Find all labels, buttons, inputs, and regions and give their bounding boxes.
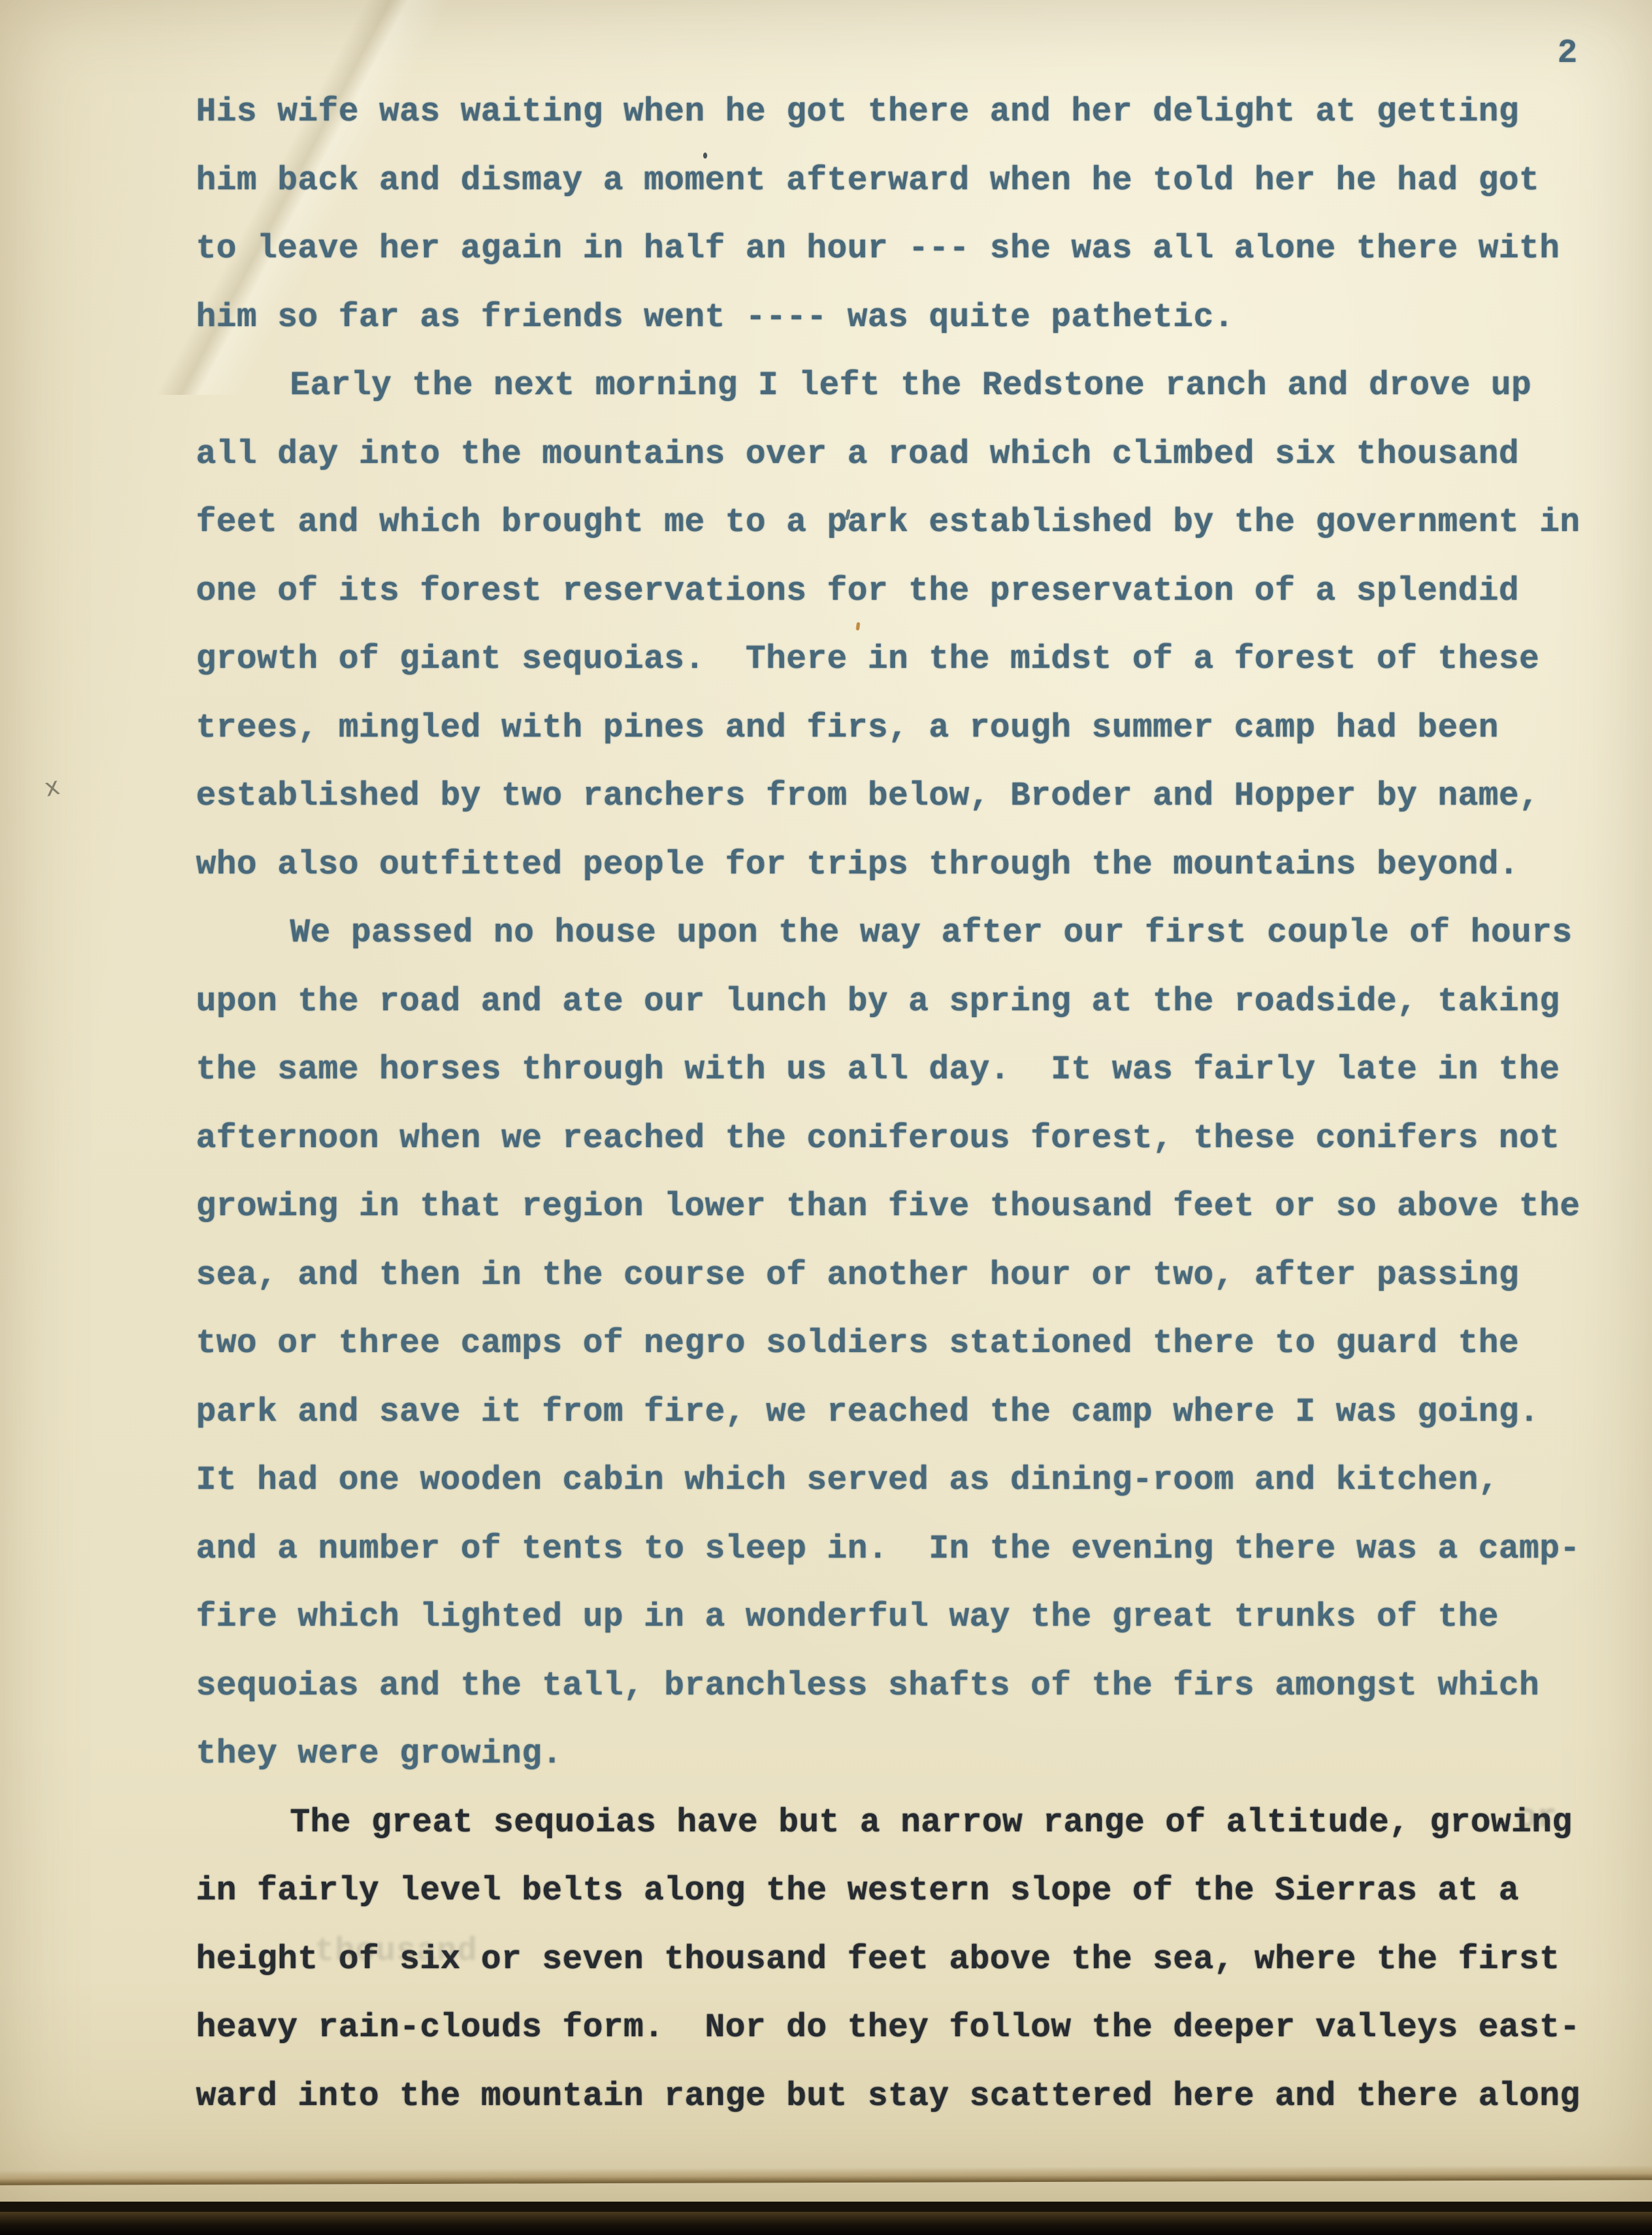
- text-line: It had one wooden cabin which served as …: [196, 1446, 1652, 1515]
- text-line: fire which lighted up in a wonderful way…: [196, 1583, 1652, 1652]
- scanned-document: 2 x His wife was waiting when he got the…: [0, 0, 1652, 2235]
- text-line: established by two ranchers from below, …: [196, 762, 1652, 831]
- text-line: upon the road and ate our lunch by a spr…: [196, 967, 1652, 1036]
- text-line: all day into the mountains over a road w…: [196, 420, 1652, 489]
- text-line: growing in that region lower than five t…: [196, 1172, 1652, 1241]
- text-line: park and save it from fire, we reached t…: [196, 1378, 1652, 1447]
- text-line: feet and which brought me to a park esta…: [196, 488, 1652, 557]
- text-line: The great sequoias have but a narrow ran…: [196, 1788, 1652, 1857]
- paper-bottom-edge: [0, 2165, 1652, 2185]
- text-line: afternoon when we reached the coniferous…: [196, 1104, 1652, 1173]
- text-line: two or three camps of negro soldiers sta…: [196, 1309, 1652, 1378]
- text-line: him back and dismay a moment afterward w…: [196, 146, 1652, 215]
- text-line: sequoias and the tall, branchless shafts…: [196, 1652, 1652, 1720]
- text-line: ward into the mountain range but stay sc…: [196, 2062, 1652, 2131]
- text-line: the same horses through with us all day.…: [196, 1035, 1652, 1104]
- text-line: We passed no house upon the way after ou…: [196, 899, 1652, 967]
- text-line: who also outfitted people for trips thro…: [196, 831, 1652, 899]
- text-line: His wife was waiting when he got there a…: [196, 78, 1652, 146]
- text-line: they were growing.: [196, 1720, 1652, 1788]
- scanner-background: [0, 2212, 1652, 2235]
- text-line: heavy rain-clouds form. Nor do they foll…: [196, 1993, 1652, 2062]
- text-line: growth of giant sequoias. There in the m…: [196, 625, 1652, 694]
- text-block: His wife was waiting when he got there a…: [0, 0, 1652, 2130]
- text-line: and a number of tents to sleep in. In th…: [196, 1515, 1652, 1583]
- ghost-impression-thousand: thousand: [314, 1932, 477, 1970]
- text-line: one of its forest reservations for the p…: [196, 557, 1652, 626]
- text-line: to leave her again in half an hour --- s…: [196, 214, 1652, 283]
- ghost-impression-or: or: [1517, 1799, 1557, 1837]
- text-line: sea, and then in the course of another h…: [196, 1241, 1652, 1310]
- text-line: in fairly level belts along the western …: [196, 1856, 1652, 1925]
- ink-speck: [703, 152, 707, 159]
- text-line: Early the next morning I left the Redsto…: [196, 351, 1652, 420]
- text-line: trees, mingled with pines and firs, a ro…: [196, 694, 1652, 762]
- paper-sheet: 2 x His wife was waiting when he got the…: [0, 0, 1652, 2202]
- text-line: him so far as friends went ---- was quit…: [196, 283, 1652, 352]
